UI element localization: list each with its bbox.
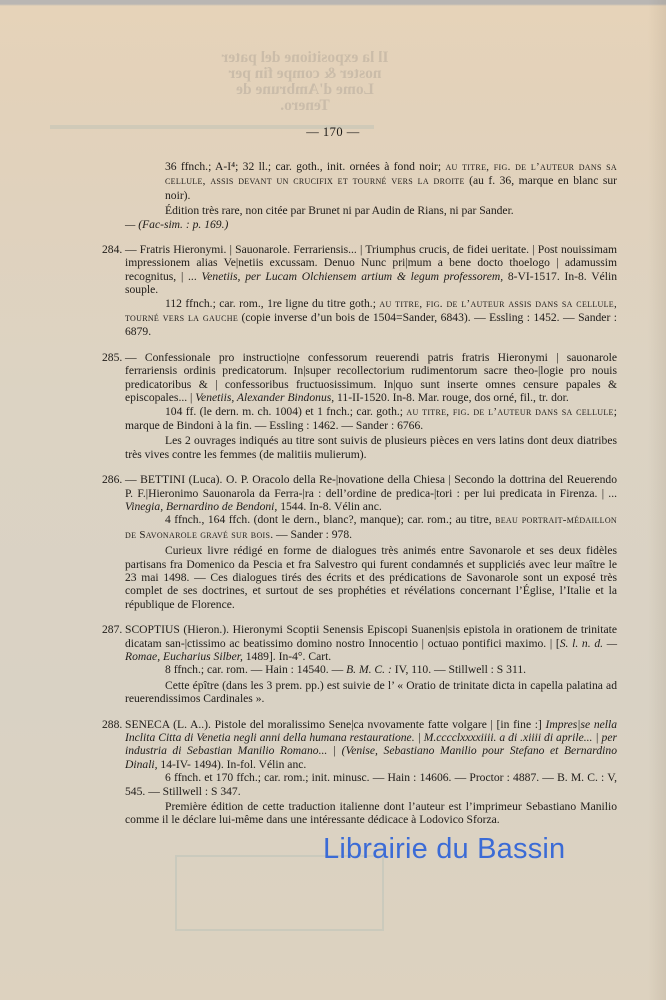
illustration-note: au titre, fig. de l’auteur dans sa cellu… (406, 406, 613, 418)
catalogue-body: 36 ffnch.; A-I⁴; 32 ll.; car. goth., ini… (125, 160, 617, 839)
entry-number: 285. (102, 351, 122, 364)
collation-paragraph: 112 ffnch.; car. rom., 1re ligne du titr… (125, 297, 617, 339)
note-paragraph: Les 2 ouvrages indiqués au titre sont su… (125, 434, 617, 461)
bleed-through-woodcut-frame (175, 855, 384, 931)
entry-284: 284. — Fratris Hieronymi. | Sauonarole. … (125, 243, 617, 339)
note-paragraph: Première édition de cette traduction ita… (125, 800, 617, 827)
collation-text: 4 ffnch., 164 ffch. (dont le dern., blan… (165, 513, 495, 526)
title-text: SCOPTIUS (Hieron.). Hieronymi Scoptii Se… (125, 623, 617, 649)
note-text: Édition très rare, non citée par Brunet … (165, 204, 514, 217)
entry-number: 286. (102, 473, 122, 486)
entry-285: 285. — Confessionale pro instructio|ne c… (125, 351, 617, 461)
page-number: — 170 — (0, 125, 666, 140)
imprint-text: Venetiis, Alexander Bindonus, (195, 391, 334, 404)
imprint-text: Venetiis, per Lucam Olchiensem artium & … (201, 270, 503, 283)
collation-text: 104 ff. (le dern. m. ch. 1004) et 1 fnch… (165, 405, 406, 418)
entry-286: 286. — BETTINI (Luca). O. P. Oracolo del… (125, 473, 617, 611)
format-text: 14-IV- 1494). In-fol. Vélin anc. (158, 758, 307, 771)
format-text: 11-II-1520. In-8. Mar. rouge, dos orné, … (334, 391, 569, 404)
watermark-text: Librairie du Bassin (323, 833, 565, 866)
format-text: 1489]. In-4°. Cart. (243, 650, 331, 663)
entry-number: 288. (102, 718, 122, 731)
entry-283-continuation: 36 ffnch.; A-I⁴; 32 ll.; car. goth., ini… (125, 160, 617, 231)
note-paragraph: Cette épître (dans les 3 prem. pp.) est … (125, 679, 617, 706)
collation-paragraph: 8 ffnch.; car. rom. — Hain : 14540. — B.… (125, 663, 617, 676)
reference-text: . — Sander : 978. (270, 528, 352, 541)
note-paragraph: Curieux livre rédigé en forme de dialogu… (125, 544, 617, 611)
entry-287: 287. SCOPTIUS (Hieron.). Hieronymi Scopt… (125, 623, 617, 705)
collation-paragraph: 104 ff. (le dern. m. ch. 1004) et 1 fnch… (125, 405, 617, 433)
collation-paragraph: 36 ffnch.; A-I⁴; 32 ll.; car. goth., ini… (125, 160, 617, 202)
entry-title: — BETTINI (Luca). O. P. Oracolo della Re… (125, 473, 617, 513)
entry-title: SENECA (L. A..). Pistole del moralissimo… (125, 718, 617, 772)
collation-paragraph: 6 ffnch. et 170 ffch.; car. rom.; init. … (125, 771, 617, 798)
imprint-text: Vinegia, Bernardino de Bendoni, (125, 500, 277, 513)
title-text: — BETTINI (Luca). O. P. Oracolo della Re… (125, 473, 617, 499)
entry-number: 284. (102, 243, 122, 256)
bleed-through-text: Il la expositione del pater noster & com… (210, 50, 400, 114)
entry-title: — Confessionale pro instructio|ne confes… (125, 351, 617, 405)
entry-title: — Fratris Hieronymi. | Sauonarole. Ferra… (125, 243, 617, 297)
collation-text: 36 ffnch.; A-I⁴; 32 ll.; car. goth., ini… (165, 160, 445, 173)
entry-title: SCOPTIUS (Hieron.). Hieronymi Scoptii Se… (125, 623, 617, 663)
bmc-label: B. M. C. : (346, 663, 392, 676)
collation-text: 8 ffnch.; car. rom. — Hain : 14540. — (165, 663, 346, 676)
note-paragraph: Édition très rare, non citée par Brunet … (125, 204, 617, 231)
collation-text: 112 ffnch.; car. rom., 1re ligne du titr… (165, 297, 379, 310)
collation-paragraph: 4 ffnch., 164 ffch. (dont le dern., blan… (125, 513, 617, 542)
reference-text: IV, 110. — Stillwell : S 311. (392, 663, 526, 676)
facsimile-ref: — (Fac-sim. : p. 169.) (125, 218, 228, 231)
entry-number: 287. (102, 623, 122, 636)
title-text: SENECA (L. A..). Pistole del moralissimo… (125, 718, 546, 731)
page-edge-shadow (648, 0, 666, 1000)
format-text: 1544. In-8. Vélin anc. (277, 500, 381, 513)
entry-288: 288. SENECA (L. A..). Pistole del morali… (125, 718, 617, 827)
